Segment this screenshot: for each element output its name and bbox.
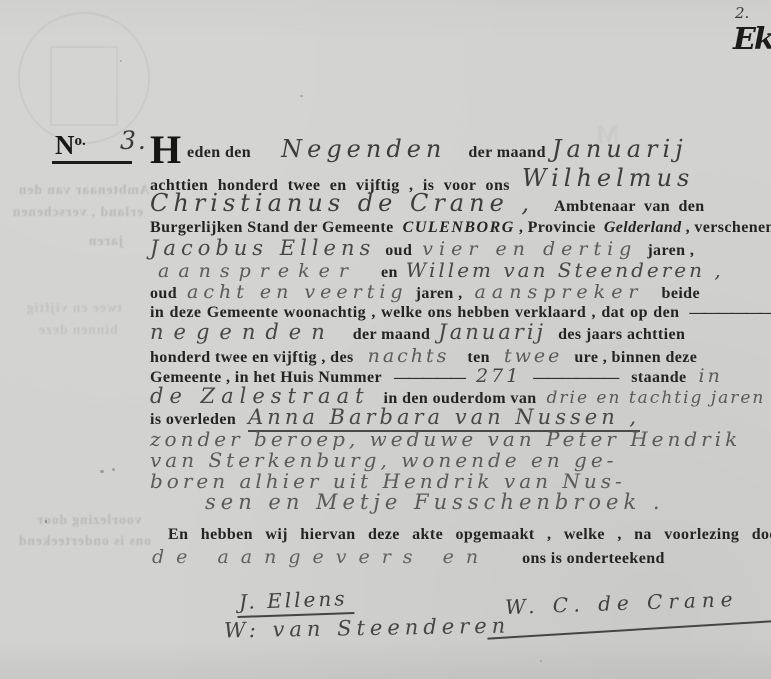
paper-speck [112, 468, 115, 471]
handwritten-day: Negenden [281, 135, 446, 163]
printed-text: En hebben wij hiervan deze akte opgemaak… [168, 526, 771, 543]
akte-line-19: de aangevers en ons is onderteekend [152, 546, 665, 570]
paper-speck [540, 660, 542, 662]
handwritten-month: Januarij [552, 135, 688, 163]
bleedthrough-text: binnen deze [38, 322, 118, 338]
handwritten-month: Januarij [438, 320, 546, 344]
printed-text: des jaars achttien [558, 326, 685, 343]
printed-text: , Provincie [519, 219, 596, 236]
signature-declarant2: W: van Steenderen [224, 614, 511, 643]
handwritten-declarant2-name: Willem van Steenderen , [406, 258, 724, 282]
printed-text: ten [467, 349, 490, 366]
signature-declarant1: J. Ellens [237, 586, 354, 618]
municipality-name: CULENBORG [403, 219, 515, 236]
printed-text: ons is onderteekend [522, 550, 665, 567]
printed-text: oud [150, 285, 177, 302]
handwritten-official-name: Christianus de Crane , [150, 189, 534, 217]
handwritten-day: negenden [150, 320, 335, 344]
printed-text: eden den [187, 144, 251, 161]
filler-line: ————— [394, 369, 464, 386]
filler-line: ———————— [689, 304, 771, 321]
printed-text: is overleden [150, 411, 236, 428]
akte-line-9: negenden der maand Januarij des jaars ac… [150, 321, 685, 346]
paper-speck [100, 470, 104, 473]
act-number-value: 3. [120, 126, 148, 155]
dropcap-H: H [150, 131, 181, 169]
handwritten-text: de aangevers en [152, 546, 490, 568]
handwritten-house-number: 271 [476, 365, 521, 387]
bleedthrough-text: erland , verschenen [12, 204, 143, 220]
paper-speck [300, 95, 303, 97]
akte-line-18: En hebben wij hiervan deze akte opgemaak… [168, 524, 771, 546]
printed-text: honderd twee en vijftig , des [150, 349, 354, 366]
handwritten-text: sen en Metje Fusschenbroek . [205, 490, 665, 514]
bleedthrough-text: twee en vijftig [26, 300, 122, 316]
handwritten-daypart: nachts [368, 345, 450, 367]
signature-official: W. C. de Crane [505, 587, 739, 619]
paper-speck [120, 60, 122, 62]
handwritten-text: in [699, 365, 723, 387]
printed-text: , verschenen [686, 219, 771, 236]
handwritten-declarant1-name: Jacobus Ellens [150, 236, 375, 260]
death-certificate-scan: Ambtenaar van den erland , verschenen ja… [0, 0, 771, 679]
akte-line-3: Christianus de Crane , Ambtenaar van den [150, 192, 705, 218]
handwritten-age: acht en veertig [187, 281, 408, 303]
corner-page-number: 2. [735, 4, 749, 22]
bleedthrough-text: ons is onderteekend [18, 533, 151, 549]
bleedthrough-text: jaren [88, 233, 124, 249]
bleedthrough-text: voorlezing door [36, 512, 141, 528]
printed-text: der maand [353, 326, 431, 343]
handwritten-hour: twee [504, 345, 562, 367]
akte-line-1: eden den Negenden der maand Januarij [187, 138, 688, 164]
paper-speck [45, 520, 47, 523]
filler-line: —————— [533, 369, 617, 386]
printed-text: jaren , [416, 285, 463, 302]
handwritten-official-firstname: Wilhelmus [522, 164, 694, 192]
act-number-underline [52, 161, 132, 164]
printed-text: oud [385, 242, 412, 259]
signature-flourish-line [487, 620, 771, 639]
bleedthrough-text: Ambtenaar van den [18, 182, 150, 198]
printed-text: ure , binnen deze [574, 349, 697, 366]
printed-text: staande [631, 369, 686, 386]
handwritten-occupation: aanspreker [158, 260, 357, 282]
corner-paraph-initials: Ek [733, 22, 771, 57]
embossed-stamp-box [50, 46, 118, 126]
printed-text: der maand [468, 144, 546, 161]
printed-text: jaren , [647, 242, 694, 259]
printed-text: Burgerlijken Stand der Gemeente [150, 219, 394, 236]
printed-text: en [381, 264, 398, 281]
act-number-superscript: o. [75, 133, 86, 149]
printed-text: beide [662, 285, 700, 302]
akte-line-17: sen en Metje Fusschenbroek . [205, 491, 665, 516]
printed-text: in deze Gemeente woonachtig , welke ons … [150, 304, 679, 321]
handwritten-age: vier en dertig [422, 238, 637, 260]
act-number-label: No. [55, 130, 86, 161]
handwritten-occupation: aanspreker [475, 281, 644, 303]
act-number-n: N [55, 130, 75, 160]
printed-text: Ambtenaar van den [554, 198, 705, 215]
province-name: Gelderland [604, 219, 682, 236]
